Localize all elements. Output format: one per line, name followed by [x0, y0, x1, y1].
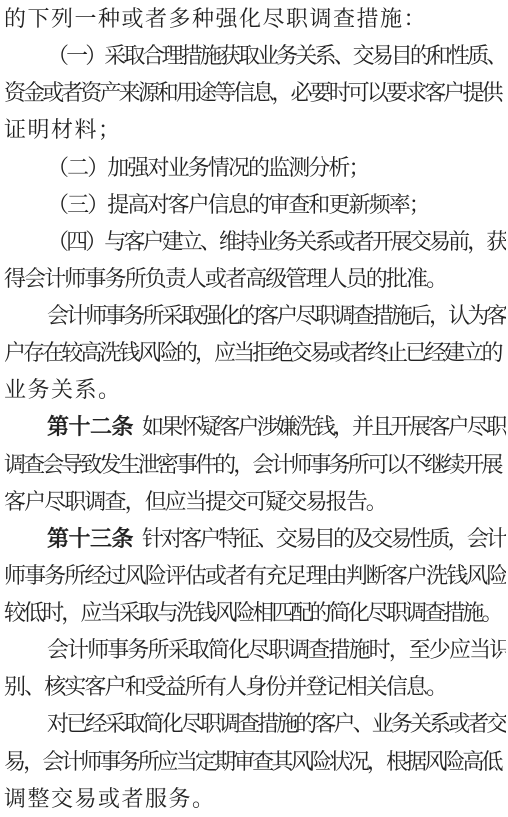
text-line: 会计师事务所采取强化的客户尽职调查措施后，认为客	[4, 297, 506, 334]
article-13-heading-line: 第十三条针对客户特征、交易目的及交易性质，会计	[4, 520, 506, 557]
text-line: 调查会导致发生泄密事件的，会计师事务所可以不继续开展	[4, 446, 506, 483]
text-line: 师事务所经过风险评估或者有充足理由判断客户洗钱风险	[4, 557, 506, 594]
text-line: 客户尽职调查，但应当提交可疑交易报告。	[4, 483, 506, 520]
text-line: 资金或者资产来源和用途等信息，必要时可以要求客户提供	[4, 74, 506, 111]
text-line: 调整交易或者服务。	[4, 780, 506, 817]
article-12-heading-line: 第十二条如果怀疑客户涉嫌洗钱，并且开展客户尽职	[4, 408, 506, 445]
text-line: 证明材料；	[4, 111, 506, 148]
text-line: 对已经采取简化尽职调查措施的客户、业务关系或者交	[4, 705, 506, 742]
article-13-number: 第十三条	[47, 526, 133, 551]
text-line: 的下列一种或者多种强化尽职调查措施：	[4, 0, 506, 37]
text-line: 得会计师事务所负责人或者高级管理人员的批准。	[4, 260, 506, 297]
text-line-item-3: （三）提高对客户信息的审查和更新频率；	[4, 186, 506, 223]
text-line: 业务关系。	[4, 371, 506, 408]
text-line: 易，会计师事务所应当定期审查其风险状况，根据风险高低	[4, 743, 506, 780]
text-line-item-2: （二）加强对业务情况的监测分析；	[4, 149, 506, 186]
article-12-text: 如果怀疑客户涉嫌洗钱，并且开展客户尽职	[142, 414, 505, 439]
article-13-text: 针对客户特征、交易目的及交易性质，会计	[142, 526, 505, 551]
text-line: 较低时，应当采取与洗钱风险相匹配的简化尽职调查措施。	[4, 594, 506, 631]
text-line: 别、核实客户和受益所有人身份并登记相关信息。	[4, 668, 506, 705]
text-line: 会计师事务所采取简化尽职调查措施时，至少应当识	[4, 631, 506, 668]
text-line-item-4: （四）与客户建立、维持业务关系或者开展交易前，获	[4, 223, 506, 260]
text-line-item-1: （一）采取合理措施获取业务关系、交易目的和性质、	[4, 37, 506, 74]
article-12-number: 第十二条	[47, 414, 133, 439]
text-line: 户存在较高洗钱风险的，应当拒绝交易或者终止已经建立的	[4, 334, 506, 371]
document-page: 的下列一种或者多种强化尽职调查措施： （一）采取合理措施获取业务关系、交易目的和…	[0, 0, 508, 817]
